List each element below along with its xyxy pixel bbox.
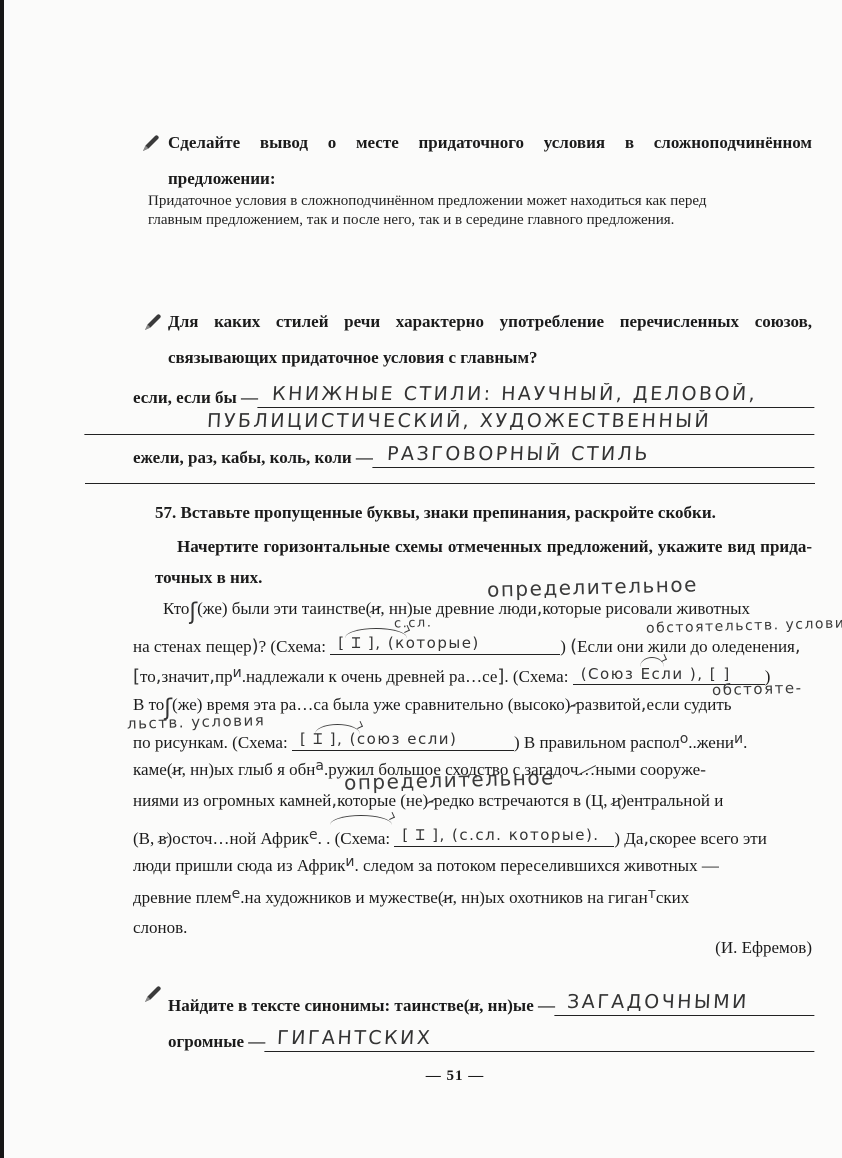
handwritten-annotation: обстояте- [712,679,803,699]
printed-text: Кто [163,599,189,618]
struck-letter: в [159,829,167,848]
inserted-letter: е [232,886,241,902]
text-line: огромные — ГИГАНТСКИХ [168,1016,815,1052]
printed-text: ских [656,888,689,907]
printed-text: В то [133,695,164,714]
printed-text: . . (Схема: [318,829,395,848]
text-line [85,468,815,484]
printed-text: по рисункам. (Схема: [133,733,292,752]
printed-text-bold: если, если бы — [85,388,258,408]
inserted-letter: и [233,665,242,681]
handwritten-join-mark: ʃ [189,599,197,625]
printed-text: скорее всего эти [649,829,767,848]
pencil-icon [141,133,161,153]
handwritten-mark: , [795,636,801,657]
printed-text: пр [215,667,233,686]
struck-letter: ц [612,791,621,810]
printed-text: слонов. [133,918,187,937]
struck-letter: н [443,888,452,907]
task1-answer-line1: Придаточное условия в сложноподчинённом … [148,192,818,211]
printed-text: которые рисовали животных [542,599,750,618]
printed-text-bold: , нн)ые — [479,996,555,1016]
printed-text: развитой [576,695,641,714]
printed-text: ными сооруже- [595,760,705,779]
ex57-heading-line2: Начертите горизонтальные схемы отмеченны… [177,537,812,557]
text-line: древние племе.на художников и мужестве(н… [133,886,815,918]
task1-question-line1: Сделайте вывод о месте придаточного усло… [168,133,812,153]
printed-text: .на художников и мужестве( [240,888,443,907]
printed-text: . [743,733,747,752]
struck-letter: н [371,599,380,618]
printed-text: ) [560,637,570,656]
task1-question-line2: предложении: [168,169,275,189]
printed-text: (В, [133,829,159,848]
text-line: (В, в)осточ…ной Африке. . (Схема: [ Ɪ ],… [133,822,815,854]
handwritten-mark: ) [252,636,259,657]
text-line: если, если бы — КНИЖНЫЕ СТИЛИ: НАУЧНЫЙ, … [85,378,815,408]
ex57-heading-line3: точных в них. [155,568,262,588]
printed-text: значит [161,667,209,686]
printed-text: . (Схема: [504,667,572,686]
struck-letter: - [428,791,434,810]
printed-text: .надлежали к очень древней ра…се [242,667,498,686]
inserted-letter: т [648,886,656,902]
printed-text: ниями из огромных камней [133,791,331,810]
handwritten-annotation: с.сл. [394,616,433,632]
printed-text: то [140,667,156,686]
printed-text: ? (Схема: [259,637,331,656]
text-line: ПУБЛИЦИСТИЧЕСКИЙ, ХУДОЖЕСТВЕННЫЙ [85,408,815,435]
inserted-letter: и [734,731,743,747]
printed-text: (же) были эти таинстве( [197,599,371,618]
handwritten-annotation: льств. условия [127,711,266,733]
task2-question-line1: Для каких стилей речи характерно употреб… [168,312,812,332]
handwritten-answer: КНИЖНЫЕ СТИЛИ: НАУЧНЫЙ, ДЕЛОВОЙ, [257,383,815,408]
printed-text: ..жени [688,733,734,752]
handwritten-answer: ПУБЛИЦИСТИЧЕСКИЙ, ХУДОЖЕСТВЕННЫЙ [84,410,815,435]
printed-text: . следом за потоком переселившихся живот… [354,856,718,875]
text-line: ежели, раз, кабы, коль, коли — РАЗГОВОРН… [85,435,815,468]
struck-letter: … [578,760,595,779]
inserted-letter: а [315,758,324,774]
struck-letter: - [570,695,576,714]
handwritten-answer: ГИГАНТСКИХ [265,1027,816,1052]
inserted-letter: о [680,731,689,747]
page-number: — 51 — [34,1068,842,1085]
task2-question-line2: связывающих придаточное условия с главны… [168,348,538,368]
handwritten-mark: [ [133,666,140,687]
task2-answer-rows: если, если бы — КНИЖНЫЕ СТИЛИ: НАУЧНЫЙ, … [85,378,815,484]
annotation-arrow-icon [640,657,664,667]
ex57-author-credit: (И. Ефремов) [133,938,812,958]
printed-text: ) Да [614,829,643,848]
handwritten-answer: РАЗГОВОРНЫЙ СТИЛЬ [372,443,815,468]
inserted-letter: е [309,827,318,843]
text-line: люди пришли сюда из Африки. следом за по… [133,854,815,886]
printed-text-bold: огромные — [168,1032,265,1052]
printed-text-bold: ежели, раз, кабы, коль, коли — [85,448,373,468]
printed-text: каме( [133,760,173,779]
schema-answer-handwritten: [ Ɪ ], (с.сл. которые). [394,825,614,847]
printed-text: )ентральной и [621,791,723,810]
printed-text: )осточ…ной Африк [167,829,309,848]
printed-text: , нн)ые древние люди [380,599,536,618]
printed-text: ) В правильном распол [514,733,680,752]
printed-text-bold: Найдите в тексте синонимы: таинстве( [168,996,469,1016]
ex57-heading-line1: 57. Вставьте пропущенные буквы, знаки пр… [155,503,716,523]
text-line: по рисункам. (Схема: [ Ɪ ], (союз если))… [133,726,815,758]
printed-text: Если они жили до оледенения [577,637,795,656]
printed-text: на стенах пещер [133,637,252,656]
blank-underline [85,467,815,484]
task3-synonyms-rows: Найдите в тексте синонимы: таинстве(н, н… [168,980,815,1052]
printed-text: древние плем [133,888,232,907]
struck-letter: н [173,760,182,779]
text-line: ниями из огромных камней,которые (не)-ре… [133,790,815,822]
handwritten-answer: ЗАГАДОЧНЫМИ [554,991,815,1016]
printed-text: , нн)ых глыб я обн [182,760,316,779]
printed-text: , нн)ых охотников на гиган [453,888,648,907]
struck-letter: н [469,996,479,1016]
text-line: Найдите в тексте синонимы: таинстве(н, н… [168,980,815,1016]
printed-text: редко встречаются в (Ц, [434,791,612,810]
pencil-icon [143,312,163,332]
pencil-icon [143,984,163,1004]
task1-answer-line2: главным предложением, так и после него, … [148,211,818,230]
printed-text: люди пришли сюда из Африк [133,856,345,875]
scan-binding-edge [0,0,4,1158]
